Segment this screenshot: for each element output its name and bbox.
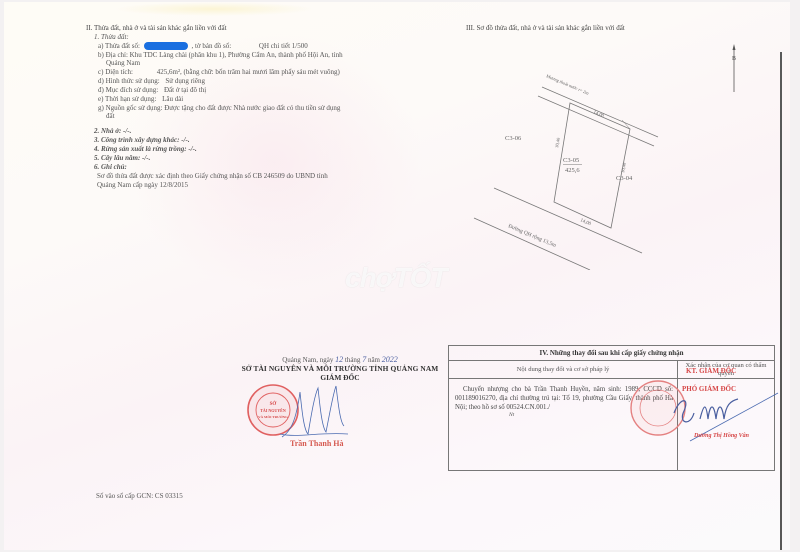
- right-neighbor-label: C3-04: [616, 175, 633, 182]
- land-heading: 1. Thửa đất:: [94, 33, 129, 42]
- usage-form-label: d) Hình thức sử dụng:: [98, 77, 160, 85]
- other-construction-item: 3. Công trình xây dựng khác: -/-.: [94, 136, 190, 145]
- director-name: Trần Thanh Hà: [290, 439, 344, 448]
- parcel-outline: [554, 103, 630, 228]
- usage-form-line: d) Hình thức sử dụng: Sử dụng riêng: [98, 77, 205, 86]
- content-column-header: Nội dung thay đổi và cơ sở pháp lý: [449, 361, 677, 379]
- signer-role: GIÁM ĐỐC: [225, 373, 455, 382]
- map-sheet-label: , tờ bản đồ số:: [191, 42, 231, 50]
- issuer-signature-block: Quảng Nam, ngày 12 tháng 7 năm 2022 SỞ T…: [225, 355, 455, 382]
- date-day: 12: [335, 355, 343, 364]
- date-year: 2022: [382, 355, 398, 364]
- usage-purpose-label: đ) Mục đích sử dụng:: [98, 86, 158, 94]
- page-edge: [780, 52, 782, 550]
- origin-line-1: g) Nguồn gốc sử dụng: Được tặng cho đất …: [98, 104, 340, 113]
- parcel-number-label: a) Thửa đất số:: [98, 42, 140, 50]
- notes-heading: 6. Ghi chú:: [94, 163, 127, 172]
- paper-tint: [114, 2, 314, 16]
- redacted-parcel-number: [144, 42, 188, 50]
- parcel-diagram-svg: B Mương thoát nước r= 2m 14,00 14,00 Đườ…: [460, 40, 780, 270]
- area-label: c) Diện tích:: [98, 68, 133, 76]
- date-month-label: tháng: [345, 356, 361, 364]
- origin-line-2: đất: [106, 112, 115, 121]
- note-line-1: Sơ đồ thửa đất được xác định theo Giấy c…: [97, 172, 328, 181]
- north-arrow-icon: B: [732, 44, 736, 92]
- parcel-area: 425,6: [565, 167, 580, 174]
- svg-text:SỞ: SỞ: [270, 401, 277, 407]
- date-prefix: Quảng Nam, ngày: [282, 356, 333, 364]
- registry-number: Số vào sổ cấp GCN: CS 03315: [96, 492, 183, 500]
- date-month: 7: [362, 355, 366, 364]
- road-line: [474, 218, 590, 270]
- parcel-number-line: a) Thửa đất số: , tờ bản đồ số: QH chi t…: [98, 42, 308, 51]
- canal-label: Mương thoát nước r= 2m: [546, 73, 590, 96]
- svg-text:B: B: [732, 56, 736, 62]
- left-edge-length: 30,40: [554, 137, 562, 149]
- usage-purpose-line: đ) Mục đích sử dụng: Đất ở tại đô thị: [98, 86, 206, 95]
- usage-purpose-value: Đất ở tại đô thị: [164, 86, 206, 94]
- director-signature-icon: [278, 382, 358, 442]
- section-4-title: IV. Những thay đổi sau khi cấp giấy chứn…: [449, 346, 774, 361]
- issuing-authority: SỞ TÀI NGUYÊN VÀ MÔI TRƯỜNG TỈNH QUẢNG N…: [225, 364, 455, 373]
- forest-item: 4. Rừng sản xuất là rừng trồng: -/-.: [94, 145, 197, 154]
- usage-term-line: e) Thời hạn sử dụng: Lâu dài: [98, 95, 183, 104]
- house-item: 2. Nhà ở: -/-.: [94, 127, 131, 136]
- address-line-2: Quảng Nam: [106, 59, 140, 68]
- chotot-watermark: chợTỐT: [345, 262, 446, 294]
- right-edge-length: 30,40: [620, 162, 628, 174]
- road-line: [494, 188, 642, 253]
- usage-form-value: Sử dụng riêng: [165, 77, 205, 85]
- usage-term-label: e) Thời hạn sử dụng:: [98, 95, 156, 103]
- section-2-title: II. Thửa đất, nhà ở và tài sản khác gắn …: [86, 24, 227, 32]
- date-year-label: năm: [368, 356, 380, 364]
- confirm-title: KT. GIÁM ĐỐC: [686, 367, 736, 375]
- left-neighbor-label: C3-06: [505, 135, 522, 142]
- top-edge-length: 14,00: [592, 110, 605, 119]
- perennial-tree-item: 5. Cây lâu năm: -/-.: [94, 154, 150, 163]
- vice-director-name: Dương Thị Hồng Vân: [694, 433, 749, 439]
- map-sheet-value: QH chi tiết 1/500: [259, 42, 308, 50]
- parcel-diagram: B Mương thoát nước r= 2m 14,00 14,00 Đườ…: [460, 40, 780, 270]
- section-3-title: III. Sơ đồ thửa đất, nhà ở và tài sản kh…: [466, 24, 625, 32]
- issue-date: Quảng Nam, ngày 12 tháng 7 năm 2022: [225, 355, 455, 364]
- usage-term-value: Lâu dài: [162, 95, 183, 103]
- area-line: c) Diện tích: 425,6m², (bằng chữ: bốn tr…: [98, 68, 340, 77]
- parcel-id: C3-05: [563, 157, 579, 164]
- note-line-2: Quảng Nam cấp ngày 12/8/2015: [97, 181, 188, 190]
- area-value: 425,6m², (bằng chữ: bốn trăm hai mươi lă…: [157, 68, 340, 76]
